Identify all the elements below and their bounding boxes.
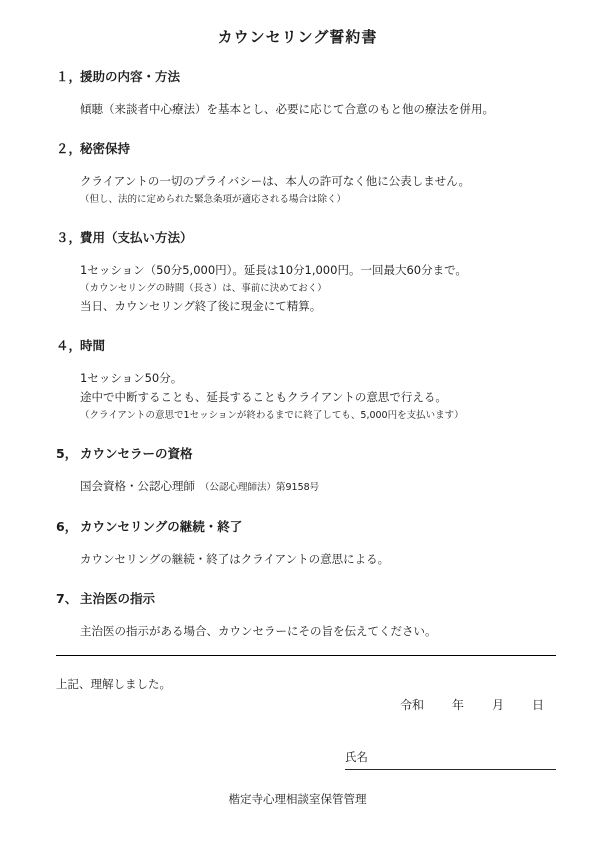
section-3-heading: ３， 費用（支払い方法） bbox=[56, 230, 556, 246]
section-body-text: クライアントの一切のプライバシーは、本人の許可なく他に公表しません。 bbox=[80, 172, 556, 191]
era-label: 令和 bbox=[400, 696, 424, 715]
section-note-text: （但し、法的に定められた緊急条項が適応される場合は除く） bbox=[80, 191, 556, 208]
section-1-heading: １， 援助の内容・方法 bbox=[56, 69, 556, 85]
section-7: 7、 主治医の指示 主治医の指示がある場合、カウンセラーにその旨を伝えてください… bbox=[56, 591, 556, 641]
document-title: カウンセリング誓約書 bbox=[39, 27, 556, 47]
section-body-text: 傾聴（来談者中心療法）を基本とし、必要に応じて合意のもと他の療法を併用。 bbox=[80, 100, 556, 119]
date-line: 令和 年 月 日 bbox=[56, 696, 556, 715]
section-body-text: 当日、カウンセリング終了後に現金にて精算。 bbox=[80, 297, 556, 316]
section-number: ２， bbox=[56, 141, 80, 157]
section-1: １， 援助の内容・方法 傾聴（来談者中心療法）を基本とし、必要に応じて合意のもと… bbox=[56, 69, 556, 119]
section-heading-text: 援助の内容・方法 bbox=[80, 69, 180, 85]
section-note-text: （クライアントの意思で1セッションが終わるまでに終了しても、5,000円を支払い… bbox=[80, 407, 556, 424]
section-number: 5， bbox=[56, 446, 80, 462]
section-2: ２， 秘密保持 クライアントの一切のプライバシーは、本人の許可なく他に公表しませ… bbox=[56, 141, 556, 208]
day-label: 日 bbox=[532, 696, 544, 715]
section-number: 7、 bbox=[56, 591, 80, 607]
section-5-body: 国会資格・公認心理師（公認心理師法）第9158号 bbox=[80, 477, 556, 497]
section-heading-text: カウンセラーの資格 bbox=[80, 446, 193, 462]
acknowledgement-text: 上記、理解しました。 bbox=[56, 675, 556, 694]
document-page: カウンセリング誓約書 １， 援助の内容・方法 傾聴（来談者中心療法）を基本とし、… bbox=[0, 0, 595, 841]
section-6: 6， カウンセリングの継続・終了 カウンセリングの継続・終了はクライアントの意思… bbox=[56, 519, 556, 569]
section-7-heading: 7、 主治医の指示 bbox=[56, 591, 556, 607]
section-heading-text: カウンセリングの継続・終了 bbox=[80, 519, 242, 535]
section-4-body: 1セッション50分。 途中で中断することも、延長することもクライアントの意思で行… bbox=[80, 369, 556, 424]
month-label: 月 bbox=[492, 696, 504, 715]
section-body-text: 国会資格・公認心理師（公認心理師法）第9158号 bbox=[80, 477, 556, 497]
section-3: ３， 費用（支払い方法） 1セッション（50分5,000円）。延長は10分1,0… bbox=[56, 230, 556, 316]
section-heading-text: 費用（支払い方法） bbox=[80, 230, 193, 246]
section-body-text: カウンセリングの継続・終了はクライアントの意思による。 bbox=[80, 550, 556, 569]
custodian-text: 楷定寺心理相談室保管管理 bbox=[39, 790, 556, 809]
section-4-heading: ４， 時間 bbox=[56, 338, 556, 354]
section-heading-text: 主治医の指示 bbox=[80, 591, 155, 607]
section-note-text: （カウンセリングの時間（長さ）は、事前に決めておく） bbox=[80, 280, 556, 297]
year-label: 年 bbox=[452, 696, 464, 715]
section-3-body: 1セッション（50分5,000円）。延長は10分1,000円。一回最大60分まで… bbox=[80, 261, 556, 316]
name-signature-field: 氏名 bbox=[345, 748, 556, 770]
section-heading-text: 時間 bbox=[80, 338, 105, 354]
section-body-text: 1セッション50分。 bbox=[80, 369, 556, 388]
qualification-text: 国会資格・公認心理師 bbox=[80, 479, 195, 493]
section-number: ４， bbox=[56, 338, 80, 354]
section-1-body: 傾聴（来談者中心療法）を基本とし、必要に応じて合意のもと他の療法を併用。 bbox=[80, 100, 556, 119]
section-number: ３， bbox=[56, 230, 80, 246]
section-number: １， bbox=[56, 69, 80, 85]
section-6-heading: 6， カウンセリングの継続・終了 bbox=[56, 519, 556, 535]
section-6-body: カウンセリングの継続・終了はクライアントの意思による。 bbox=[80, 550, 556, 569]
section-number: 6， bbox=[56, 519, 80, 535]
divider-line bbox=[56, 655, 556, 656]
qualification-note-text: （公認心理師法）第9158号 bbox=[200, 482, 319, 493]
section-5-heading: 5， カウンセラーの資格 bbox=[56, 446, 556, 462]
section-5: 5， カウンセラーの資格 国会資格・公認心理師（公認心理師法）第9158号 bbox=[56, 446, 556, 497]
section-body-text: 1セッション（50分5,000円）。延長は10分1,000円。一回最大60分まで… bbox=[80, 261, 556, 280]
section-2-body: クライアントの一切のプライバシーは、本人の許可なく他に公表しません。 （但し、法… bbox=[80, 172, 556, 208]
section-body-text: 途中で中断することも、延長することもクライアントの意思で行える。 bbox=[80, 388, 556, 407]
name-label: 氏名 bbox=[345, 750, 368, 764]
section-4: ４， 時間 1セッション50分。 途中で中断することも、延長することもクライアン… bbox=[56, 338, 556, 424]
section-7-body: 主治医の指示がある場合、カウンセラーにその旨を伝えてください。 bbox=[80, 622, 556, 641]
section-body-text: 主治医の指示がある場合、カウンセラーにその旨を伝えてください。 bbox=[80, 622, 556, 641]
section-2-heading: ２， 秘密保持 bbox=[56, 141, 556, 157]
section-heading-text: 秘密保持 bbox=[80, 141, 130, 157]
